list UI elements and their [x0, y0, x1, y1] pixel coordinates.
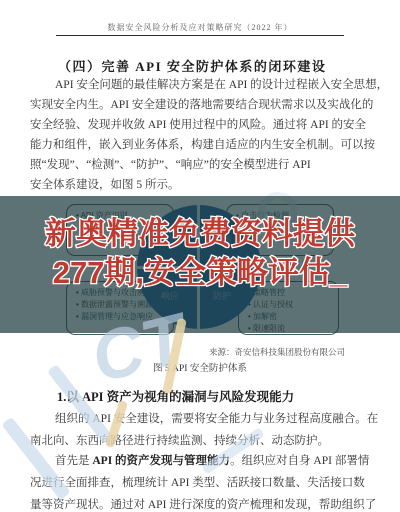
banner-text-line-2: 277期,安全策略评估_ [0, 253, 400, 292]
spam-overlay-banner: 新奥精准免费资料提供 277期,安全策略评估_ [0, 196, 400, 333]
banner-text-line-1: 新奥精准免费资料提供 [0, 214, 400, 253]
document-page: 数据安全风险分析及应对策略研究（2022 年） （四）完善 API 安全防护体系… [0, 0, 400, 512]
